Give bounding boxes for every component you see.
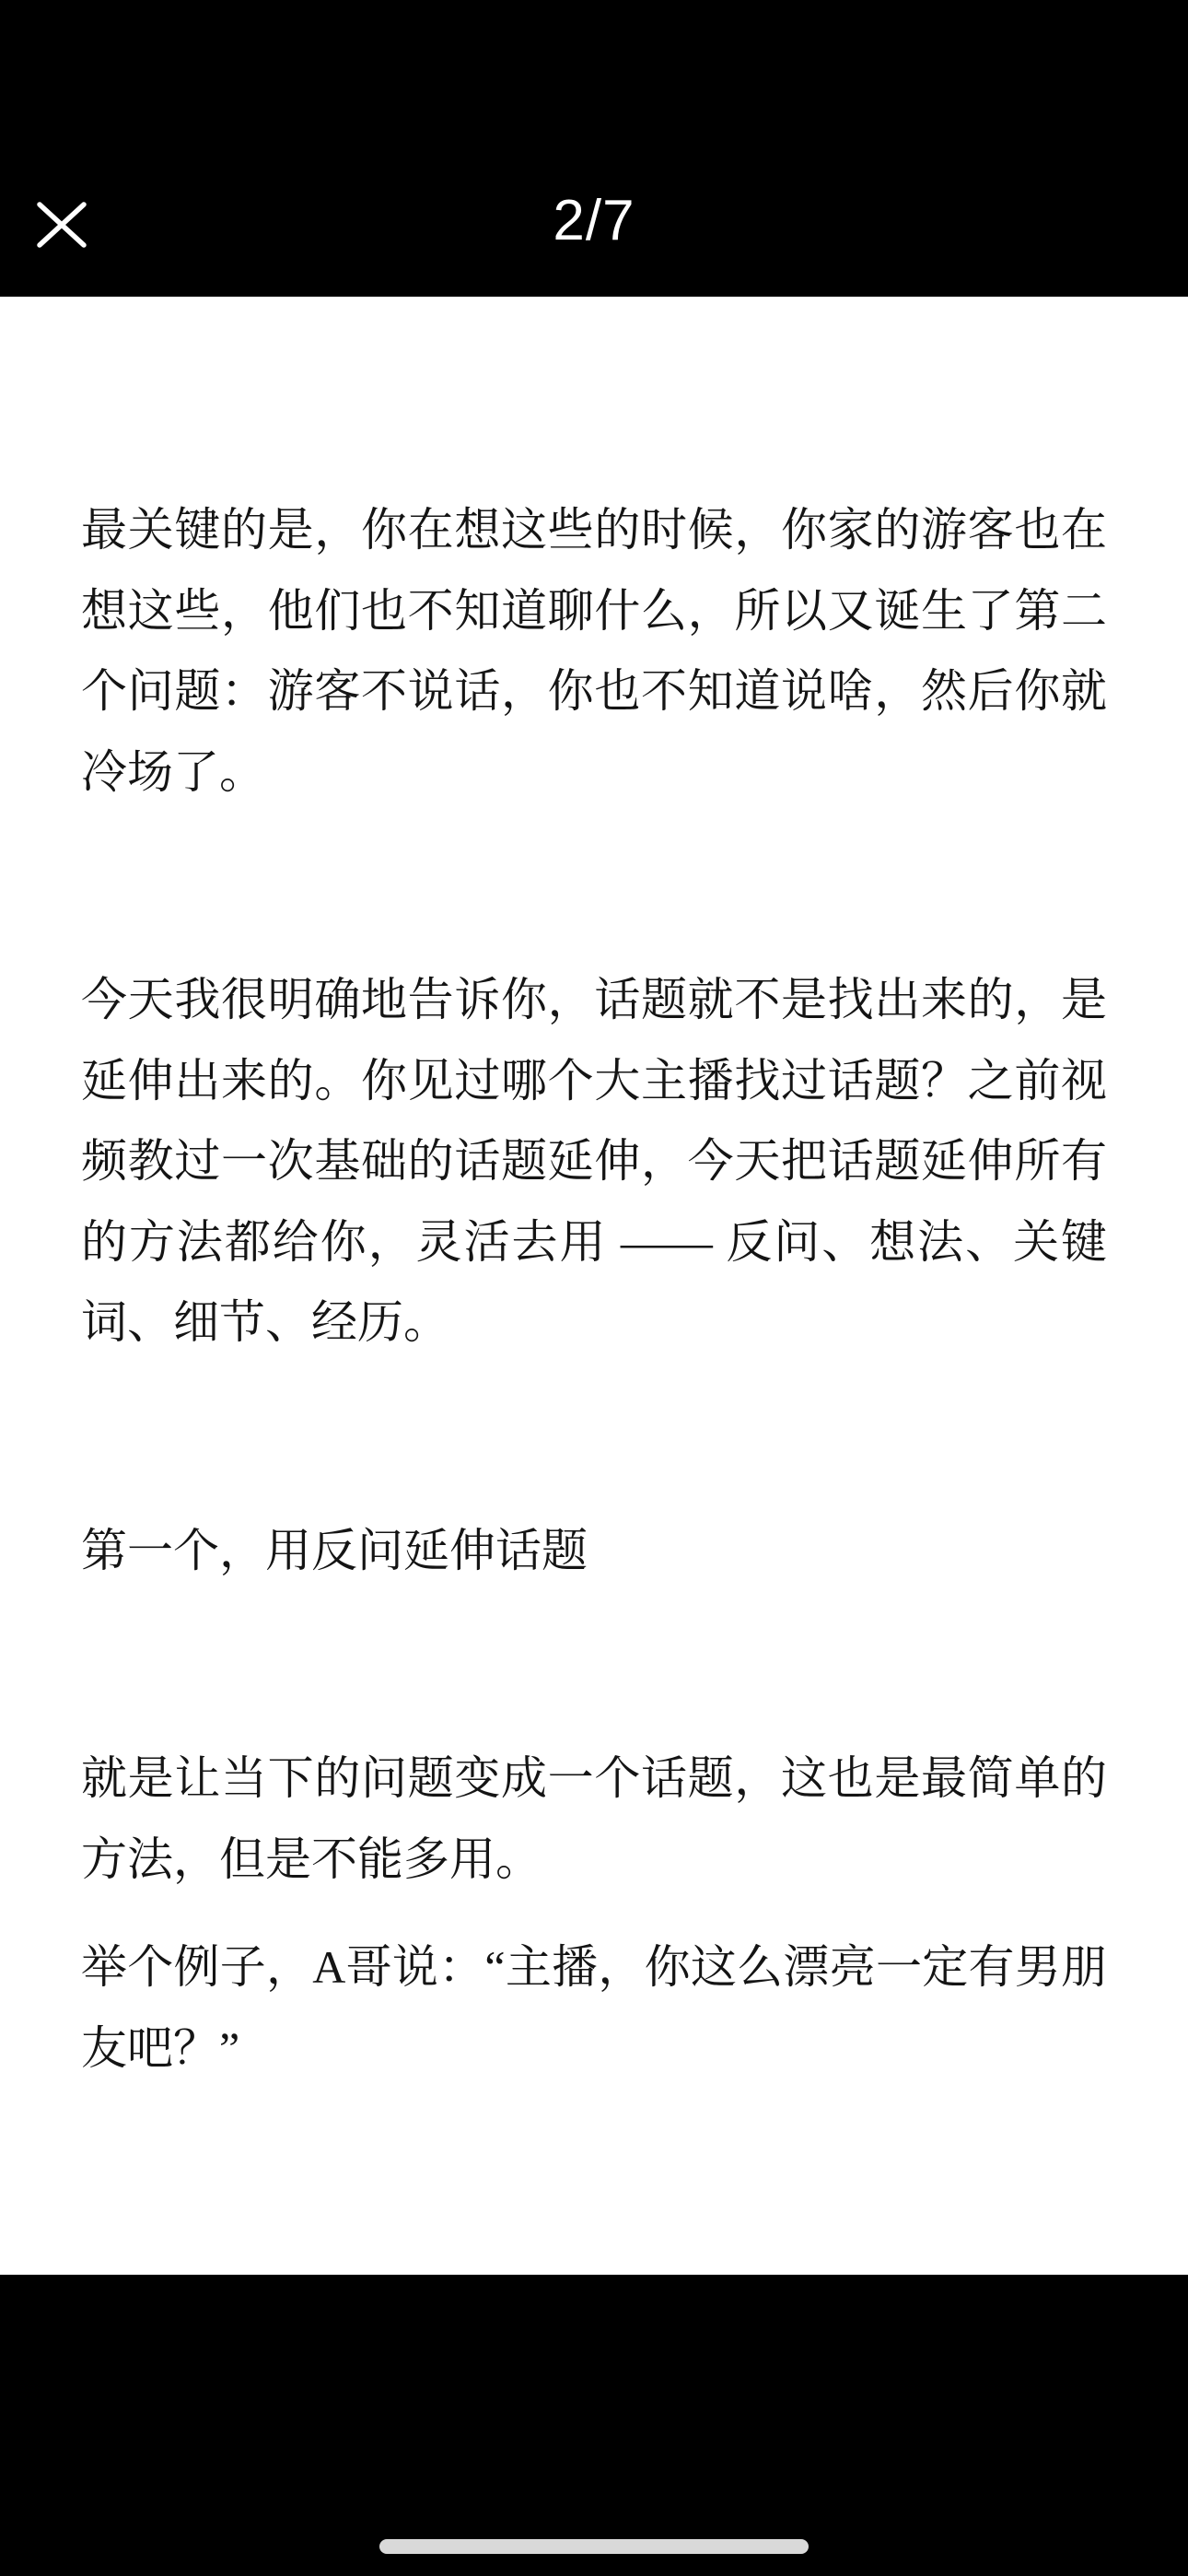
text-line: 第一个，用反问延伸话题 bbox=[81, 1511, 1107, 1592]
paragraph: 就是让当下的问题变成一个话题，这也是最简单的方法，但是不能多用。 bbox=[81, 1739, 1107, 1900]
paragraph: 最关键的是，你在想这些的时候，你家的游客也在想这些，他们也不知道聊什么，所以又诞… bbox=[81, 490, 1107, 813]
paragraph: 举个例子，A哥说：“主播，你这么漂亮一定有男朋友吧？” bbox=[81, 1927, 1107, 2089]
home-indicator[interactable] bbox=[379, 2539, 809, 2554]
text-line: 个问题：游客不说话，你也不知道说啥，然后你就 bbox=[81, 651, 1107, 732]
text-line: 延伸出来的。你见过哪个大主播找过话题？之前视 bbox=[81, 1041, 1107, 1122]
section-heading: 第一个，用反问延伸话题 bbox=[81, 1511, 1107, 1592]
text-line: 举个例子，A哥说：“主播，你这么漂亮一定有男朋 bbox=[81, 1927, 1107, 2008]
page-indicator: 2/7 bbox=[0, 192, 1188, 251]
image-viewer: 2/7 最关键的是，你在想这些的时候，你家的游客也在想这些，他们也不知道聊什么，… bbox=[0, 0, 1188, 2576]
text-line: 想这些，他们也不知道聊什么，所以又诞生了第二 bbox=[81, 571, 1107, 652]
text-line: 冷场了。 bbox=[81, 732, 1107, 814]
text-line: 频教过一次基础的话题延伸，今天把话题延伸所有 bbox=[81, 1121, 1107, 1202]
top-bar: 2/7 bbox=[0, 0, 1188, 297]
paragraph: 今天我很明确地告诉你，话题就不是找出来的，是延伸出来的。你见过哪个大主播找过话题… bbox=[81, 960, 1107, 1364]
text-line: 方法，但是不能多用。 bbox=[81, 1820, 1107, 1901]
document-page: 最关键的是，你在想这些的时候，你家的游客也在想这些，他们也不知道聊什么，所以又诞… bbox=[0, 297, 1188, 2275]
text-line: 友吧？” bbox=[81, 2008, 1107, 2090]
text-line: 词、细节、经历。 bbox=[81, 1282, 1107, 1364]
text-line: 最关键的是，你在想这些的时候，你家的游客也在 bbox=[81, 490, 1107, 571]
text-line: 的方法都给你，灵活去用 —— 反问、想法、关键 bbox=[81, 1202, 1107, 1283]
page-paragraphs: 最关键的是，你在想这些的时候，你家的游客也在想这些，他们也不知道聊什么，所以又诞… bbox=[0, 297, 1188, 2089]
bottom-bar bbox=[0, 2275, 1188, 2576]
text-line: 就是让当下的问题变成一个话题，这也是最简单的 bbox=[81, 1739, 1107, 1820]
text-line: 今天我很明确地告诉你，话题就不是找出来的，是 bbox=[81, 960, 1107, 1041]
